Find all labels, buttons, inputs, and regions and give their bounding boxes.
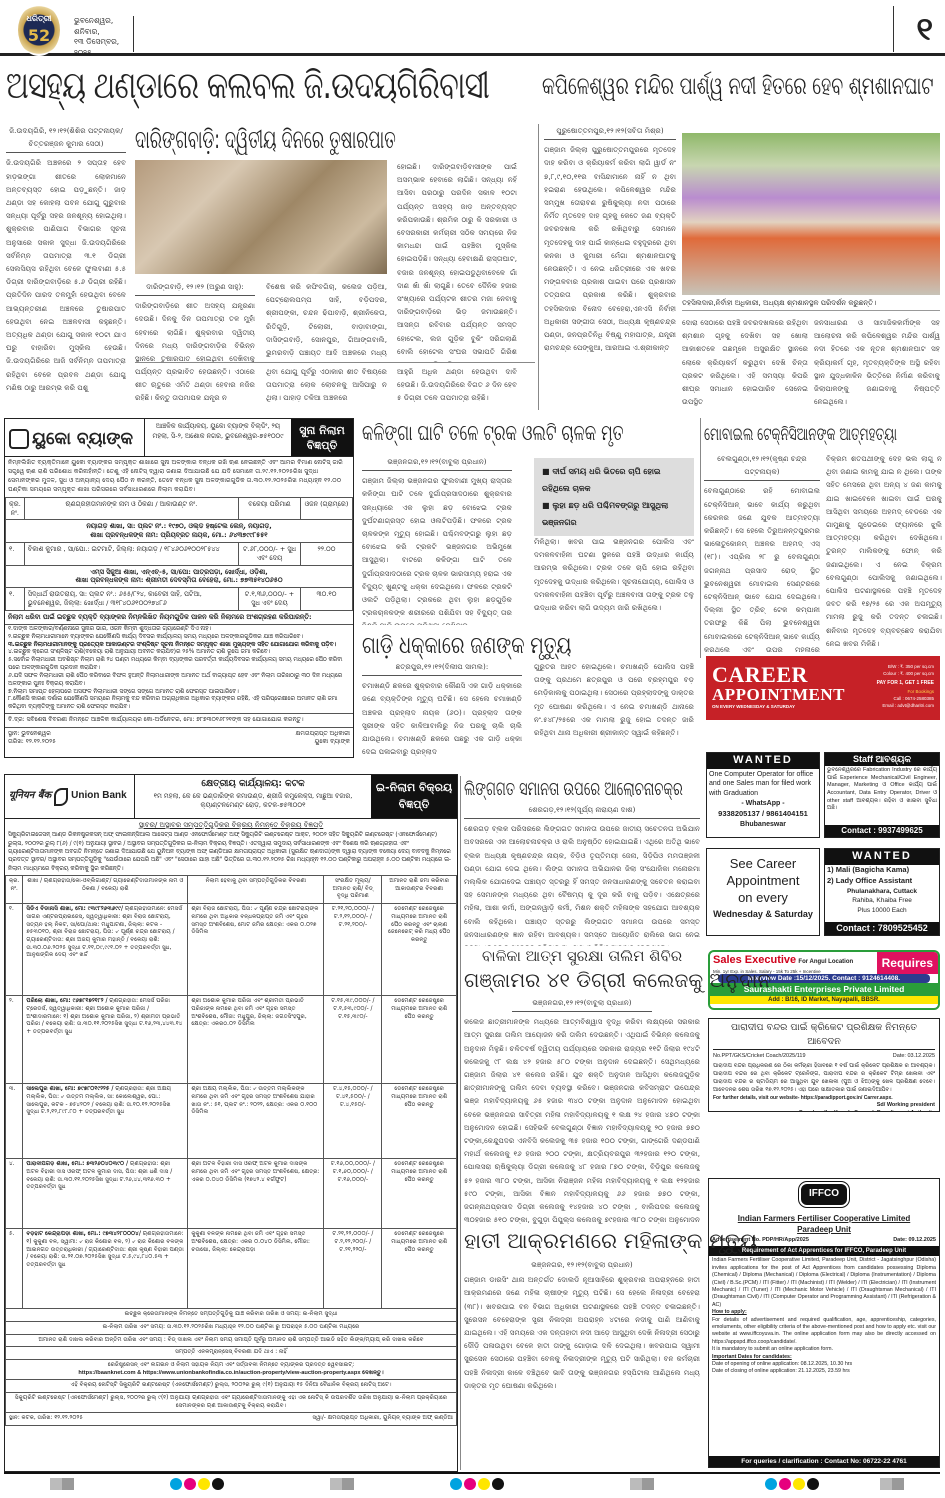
union-bank-logo: यूनियन बैंक Union Bank [5,775,135,818]
elephant-story-body: ଭଞ୍ଜନଗର, ୧୨।୧୨(ବାବୁଲା ପ୍ରଧାନ) ଗଞ୍ଜାମ ଡାର… [464,1258,700,1468]
auction-website-link[interactable]: https://baanknet.com & https://www.union… [9,1370,453,1378]
masthead: ଧରିତ୍ରୀ 52 ଭୁବନେଶ୍ୱର, ଶନିବାର, ୧୩ ଡିସେମ୍ବ… [0,0,945,56]
snowfall-bottom-3: ଆହୁରି ଅଧିକ ଥଣ୍ଡା ହେଉଥିବା ଦାବି ହେଉଛି। ଜି.… [397,365,517,409]
gender-story-body: ଶେରଗଡ଼,୧୨।୧୨(ସୂର୍ଯ୍ୟ ନାରାୟଣ ଦାଶ) ଶେରଗଡ଼ … [464,803,700,946]
vehicle-col-2: ଗୁରୁତର ଆହତ ହୋଇଥିଲେ। ଚମାଖଣ୍ଡି ପୋଲିସ ପହଞ୍ଚ… [534,660,694,766]
mobile-headline: ମୋବାଇଲ ଟେକ୍ନିସିଆନଙ୍କ ଆତ୍ମହତ୍ୟା [704,422,897,448]
cmyk-color-marks [170,1478,226,1492]
truck-col-1: ଭଞ୍ଜନଗର,୧୨।୧୨(ବାବୁଲା ପ୍ରଧାନ) ଗଞ୍ଜାମ ଜିଲ୍… [362,455,512,625]
iffco-logo: IFFCO [799,1182,849,1207]
truck-kicker-box: ■ ଦୀର୍ଘ ସମୟ ଧରି ଭିତରେ ଚାପି ହୋଇ ରହିଥିଲେ ଚ… [534,458,694,536]
college-kicker: ବାଳିକା ଆତ୍ମ ସୁରକ୍ଷା ତାଲିମ ଶିବିର [464,946,700,968]
snowfall-col-2: ବିଶେଷ କରି କଫିବଗିଚା, କଲେଜ ପଡ଼ିଆ, ପେଟ୍ରୋଲପ… [266,280,387,362]
uco-logo: ୟୁକୋ ବ୍ୟାଙ୍କ [5,419,145,456]
union-notice-title: ଇ-ନିଲାମ ବିକ୍ରୟ ବିଜ୍ଞପ୍ତି [371,775,457,818]
uco-logo-icon [9,429,29,449]
wanted-computer-operator-ad[interactable]: WANTED One Computer Operator for office … [706,752,820,838]
newspaper-logo: ଧରିତ୍ରୀ 52 [18,4,60,56]
cmyk-color-marks [765,1478,821,1492]
truck-headline: କଳିଙ୍ଗା ଘାଟି ତଳେ ଟ୍ରକ ଓଲଟି ଚାଳକ ମୃତ [362,418,624,450]
table-row: ୫. ବଡ଼ହାଟ କେନ୍ଦ୍ରାପଡ଼ା ଶାଖା, ମୋ.: ୯୭୩୪୨୮… [6,1229,457,1309]
mobile-col-2: ବିକ୍ରମ ଶତପଥୀଙ୍କୁ ଦେହ ଭଲ ଲାଗୁ ନ ଥିବା ଜଣାଇ… [826,452,942,652]
table-row: ୧. ସିଡିଏ ବିଡାନାସି ଶାଖା, ମୋ: ୯୩୯୮୨୬୩୬୯୯/ … [6,904,457,996]
frost-grass-photo [135,160,387,274]
mobile-col-1: ବେଲଗୁଣ୍ଠା,୧୨।୧୨(କୃଷ୍ଣ ଚନ୍ଦ୍ର ପଟ୍ଟନାୟକ) ବ… [704,452,820,652]
career-appointment-ad[interactable]: CAREER APPOINTMENT ON EVERY WEDNESDAY & … [706,656,940,720]
dateline: ଭୁବନେଶ୍ୱର, ଶନିବାର, ୧୩ ଡିସେମ୍ବର, ୨୦୨୫ [74,16,134,52]
inspection-photo [682,133,940,295]
cremation-col-3: ଜନସାଧାରଣ ଓ ସାମାଜିକକର୍ମୀଙ୍କ ସହ ଆଲୋଚନା କରି… [814,316,940,410]
college-headline: ଗଞ୍ଜାମର ୪୧ ଡିଗ୍ରୀ କଲେଜକୁ ଅନୁଦାନ [464,966,700,995]
table-row: ୧. ସିଦ୍ଧାର୍ଥ ରାଉତରାୟ, ସା: ପ୍ଲଟ ନଂ.: ୬୫୫/… [6,588,353,611]
vehicle-headline: ଗାଡ଼ି ଧକ୍କାରେ ଜଣଙ୍କ ମୃତ୍ୟୁ [362,628,571,663]
iffco-apprentice-ad[interactable]: IFFCO Indian Farmers Fertiliser Cooperat… [708,1178,940,1468]
page-number: ୧ [893,6,933,52]
snowfall-subheadline: ଦାରିଙ୍ଗବାଡ଼ି: ଦ୍ୱିତୀୟ ଦିନରେ ତୁଷାରପାତ [135,122,396,160]
uco-intro: ନିମ୍ନଲିଖିତ ବ୍ୟକ୍ତିମାନେ ୟୁକୋ ବ୍ୟାଙ୍କର ସମ୍… [5,457,353,497]
cmyk-color-marks [450,1478,506,1492]
table-row: ୩. ସାଲେପୁର ଶାଖା, ମୋ: ୭୯୭୮୦୧୯୨୨୫ / ଋଣଗ୍ରହ… [6,1084,457,1159]
uco-office-address: ଆଞ୍ଚଳିକ କାର୍ଯ୍ୟାଳୟ, ୟୁକୋ ବ୍ୟାଙ୍କ ବିଲ୍ଡିଂ… [145,419,291,456]
gender-headline: ଲିଙ୍ଗଗତ ସମାନତା ଉପରେ ଆଲୋଚନାଚକ୍ର [464,776,683,804]
snowfall-bottom-2: ଥିବା ଯୋଗୁ ପୂର୍ବରୁ ଏଠାକାର ଶୀତ ବିଷୟରେ ତାପମ… [266,365,387,409]
table-row: ୪. ପାରାଦୀପଗଡ଼ ଶାଖା, ମୋ.: ୭୩୨୬୦୪୦୩୯୦ / ଋଣ… [6,1159,457,1229]
cremation-headline: କପିଳେଶ୍ୱର ମନ୍ଦିର ପାର୍ଶ୍ୱ ନଦୀ ହିତରେ ହେବ ଶ… [542,66,934,106]
union-auction-table: କ୍ର. ନଂ. ଶାଖା / ଋଣଗ୍ରହୀତା/କୋ-ଓବ୍ଲିଗାଣ୍ଟ/… [5,875,457,1426]
wanted-mali-ad[interactable]: WANTED 1) Mali (Bagicha Kama) 2) Lady Of… [824,848,940,936]
snowfall-col-3: ହୋଇଛି। ଦାରିଙ୍ଗବାଡ଼ିବାସୀଙ୍କ ପାଇଁ ଅସମ୍ଭାଳ … [397,160,517,362]
elephant-headline: ହାତୀ ଆକ୍ରମଣରେ ମହିଳାଙ୍କ ମୃତ୍ୟୁ [464,1226,700,1256]
cremation-col-1: ପୁରୁଷୋତ୍ତମପୁର,୧୨।୧୨(ସବିତା ମିଶ୍ର) ଗଞ୍ଜାମ … [544,124,676,410]
vehicle-col-1: ଛତ୍ରପୁର,୧୨।୧୨(ଦିଲୀପ ସାମଲ): ଚମାଖଣ୍ଡି ଛକରେ… [362,660,522,766]
uco-terms: ୧.ଦାଙ୍କ ଅଳଙ୍କାର/ବର୍ଣ୍ଣନାରେ ସୁନାର ଭାର, ଓଜ… [5,625,353,713]
uco-gold-auction-notice: ୟୁକୋ ବ୍ୟାଙ୍କ ଆଞ୍ଚଳିକ କାର୍ଯ୍ୟାଳୟ, ୟୁକୋ ବ୍… [4,418,354,758]
union-bank-logo-icon [54,788,68,806]
table-row: ୨. ପରିଲୋ ଶାଖା, ମୋ: ୯୬୭୮୧୭୨୧୮୨ / ଋଣଗ୍ରହୀତ… [6,996,457,1084]
print-grey-block [50,1478,74,1492]
see-career-appointment-ad[interactable]: See Career Appointment on every Wednesda… [706,848,820,936]
uco-table: କ୍ର. ନଂ. ଋଣଗ୍ରହୀତାମାନଙ୍କ ନାମ ଓ ଠିକଣା / ଆ… [5,497,353,611]
truck-col-2: ମିଳିଥିଲା। ଖବର ପାଇ ଭଞ୍ଜନଗର ପୋଲିସ ଏବଂ ଦମକଳ… [534,535,694,625]
paradip-cricket-coach-ad[interactable]: ପାରାଦୀପ ବନ୍ଦର ପାଇଁ କ୍ରିକେଟ ପ୍ରଶିକ୍ଷକ ନିମ… [708,1018,940,1112]
snowfall-col-1: ଦାରିଙ୍ଗବାଡ଼ି, ୧୨।୧୨ (ଅରୁଣ ସାହୁ): ଦାରିଙ୍ଗ… [135,280,255,362]
staff-wanted-ad[interactable]: Staff ଆବଶ୍ୟକ ଭୁବନେଶ୍ୱରରେ Fabrication Ind… [824,752,940,838]
photo-caption: ତହସିଲଦାର,ନିର୍ବାହୀ ଅଧିକାରୀ, ଅଧ୍ୟକ୍ଷ ଶ୍ମଶା… [682,296,940,311]
lead-story-column: ଜି.ଉଦୟଗିରି, ୧୨।୧୨(ଶିଶିର ପଟ୍ଟନାୟକ/ଚିତ୍ତରଞ… [6,124,126,409]
college-story-body: ଭଞ୍ଜନଗର,୧୨।୧୨(ବାବୁଲା ପ୍ରଧାନ) କଲେଜ ଛାତ୍ରୀ… [464,996,700,1224]
lead-headline: ଅସହ୍ୟ ଥଣ୍ଡାରେ କଲବଲ ଜି.ଉଦୟଗିରିବାସୀ [6,62,489,108]
uco-notice-title: ସୁନା ନିଲାମ ବିଜ୍ଞପ୍ତି [291,419,353,456]
union-bank-e-auction-notice: यूनियन बैंक Union Bank କ୍ଷେତ୍ରୀୟ କାର୍ଯ୍ୟ… [4,774,458,1472]
cremation-col-2: ଦୋରା ସେଠାରେ ପହଞ୍ଚି ଜବରଦଖଲରେ ରହିଥିବା ଶ୍ମଶ… [682,316,808,410]
table-row: ୧. ବିକାଶ କୁମାର , ସା/ପୋ.: ଇଟମାଟି, ଜିଲ୍ଲା:… [6,543,353,566]
snowfall-bottom-1: ପର୍ଯ୍ୟନ୍ତ ପ୍ରଭାବିତ ହେଉଛନ୍ତି। ଏଠାରେ ଶୀତ ଋ… [135,365,255,409]
